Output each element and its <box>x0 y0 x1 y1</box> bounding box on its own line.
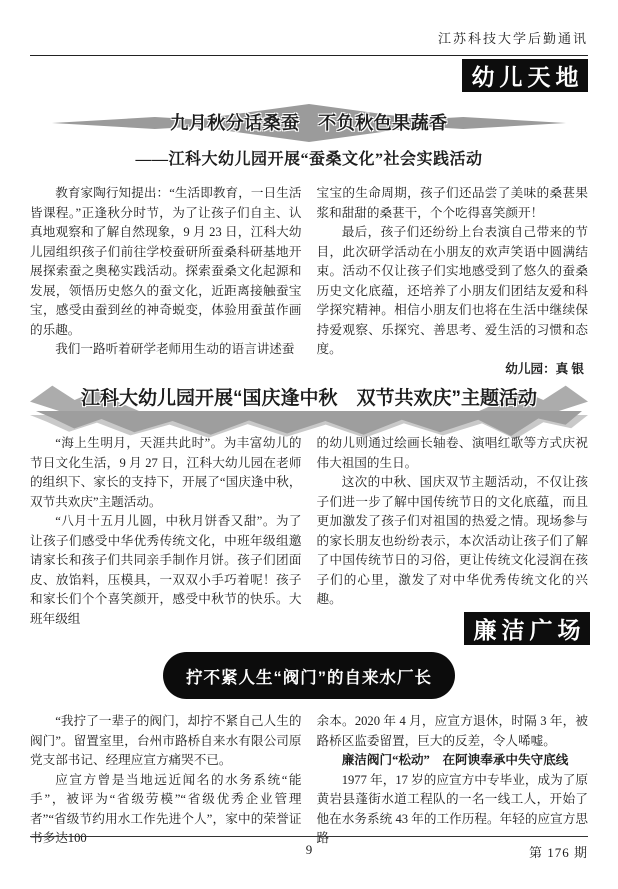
article1-title: 九月秋分话桑蚕 不负秋色果蔬香 <box>52 103 566 143</box>
article3-subheading: 廉洁阀门“松动” 在阿谀奉承中失守底线 <box>317 751 589 771</box>
paragraph: 的幼儿则通过绘画长轴卷、演唱红歌等方式庆祝伟大祖国的生日。 <box>317 434 589 473</box>
paragraph: 教育家陶行知提出：“生活即教育，一日生活皆课程。”正逢秋分时节，为了让孩子们自主… <box>30 184 302 340</box>
article2-body: “海上生明月，天涯共此时”。为丰富幼儿的节日文化生活，9 月 27 日，江科大幼… <box>30 434 588 629</box>
article1-right-column: 宝宝的生命周期，孩子们还品尝了美味的桑葚果浆和甜甜的桑葚干，个个吃得喜笑颜开！ … <box>317 184 589 379</box>
article2-title: 江科大幼儿园开展“国庆逢中秋 双节共欢庆”主题活动 <box>30 382 588 415</box>
page-footer: 9 第 176 期 <box>30 836 588 858</box>
article1-subtitle: ——江科大幼儿园开展“蚕桑文化”社会实践活动 <box>30 146 588 169</box>
article1-body: 教育家陶行知提出：“生活即教育，一日生活皆课程。”正逢秋分时节，为了让孩子们自主… <box>30 184 588 379</box>
page-number: 9 <box>30 842 588 858</box>
article3-left-column: “我拧了一辈子的阀门，却拧不紧自己人生的阀门”。留置室里，台州市路桥自来水有限公… <box>30 712 302 849</box>
paragraph: 我们一路听着研学老师用生动的语言讲述蚕 <box>30 340 302 360</box>
newsletter-title: 江苏科技大学后勤通讯 <box>438 31 588 46</box>
paragraph: 这次的中秋、国庆双节主题活动，不仅让孩子们进一步了解中国传统节日的文化底蕴，而且… <box>317 473 589 610</box>
article2-left-column: “海上生明月，天涯共此时”。为丰富幼儿的节日文化生活，9 月 27 日，江科大幼… <box>30 434 302 629</box>
paragraph: 最后，孩子们还纷纷上台表演自己带来的节目，此次研学活动在小朋友的欢声笑语中圆满结… <box>317 223 589 360</box>
paragraph: “我拧了一辈子的阀门，却拧不紧自己人生的阀门”。留置室里，台州市路桥自来水有限公… <box>30 712 302 771</box>
newsletter-page: 江苏科技大学后勤通讯 幼儿天地 九月秋分话桑蚕 不负秋色果蔬香 ——江科大幼儿园… <box>0 0 618 889</box>
paragraph: “海上生明月，天涯共此时”。为丰富幼儿的节日文化生活，9 月 27 日，江科大幼… <box>30 434 302 512</box>
article3-right-column: 余本。2020 年 4 月，应宣方退休，时隔 3 年，被路桥区监委留置，巨大的反… <box>317 712 589 849</box>
issue-number: 第 176 期 <box>529 842 588 861</box>
section-tag-kids-label: 幼儿天地 <box>472 59 584 92</box>
paragraph: “八月十五月儿圆，中秋月饼香又甜”。为了让孩子们感受中华优秀传统文化，中班年级组… <box>30 512 302 629</box>
article3-title-banner: 拧不紧人生“阀门”的自来水厂长 <box>163 652 455 699</box>
article1-title-banner: 九月秋分话桑蚕 不负秋色果蔬香 <box>52 103 566 143</box>
section-tag-kids-world: 幼儿天地 <box>462 59 588 92</box>
article2-title-banner: 江科大幼儿园开展“国庆逢中秋 双节共欢庆”主题活动 <box>30 382 588 436</box>
article2-right-column: 的幼儿则通过绘画长轴卷、演唱红歌等方式庆祝伟大祖国的生日。 这次的中秋、国庆双节… <box>317 434 589 629</box>
article1-left-column: 教育家陶行知提出：“生活即教育，一日生活皆课程。”正逢秋分时节，为了让孩子们自主… <box>30 184 302 379</box>
section-tag-integrity-label: 廉洁广场 <box>474 612 586 645</box>
section-tag-integrity-square: 廉洁广场 <box>464 612 590 645</box>
page-header: 江苏科技大学后勤通讯 <box>30 28 588 56</box>
article3-body: “我拧了一辈子的阀门，却拧不紧自己人生的阀门”。留置室里，台州市路桥自来水有限公… <box>30 712 588 849</box>
paragraph: 余本。2020 年 4 月，应宣方退休，时隔 3 年，被路桥区监委留置，巨大的反… <box>317 712 589 751</box>
article3-title: 拧不紧人生“阀门”的自来水厂长 <box>186 664 432 688</box>
paragraph: 宝宝的生命周期，孩子们还品尝了美味的桑葚果浆和甜甜的桑葚干，个个吃得喜笑颜开！ <box>317 184 589 223</box>
article1-signature: 幼儿园：真 银 <box>317 360 589 380</box>
